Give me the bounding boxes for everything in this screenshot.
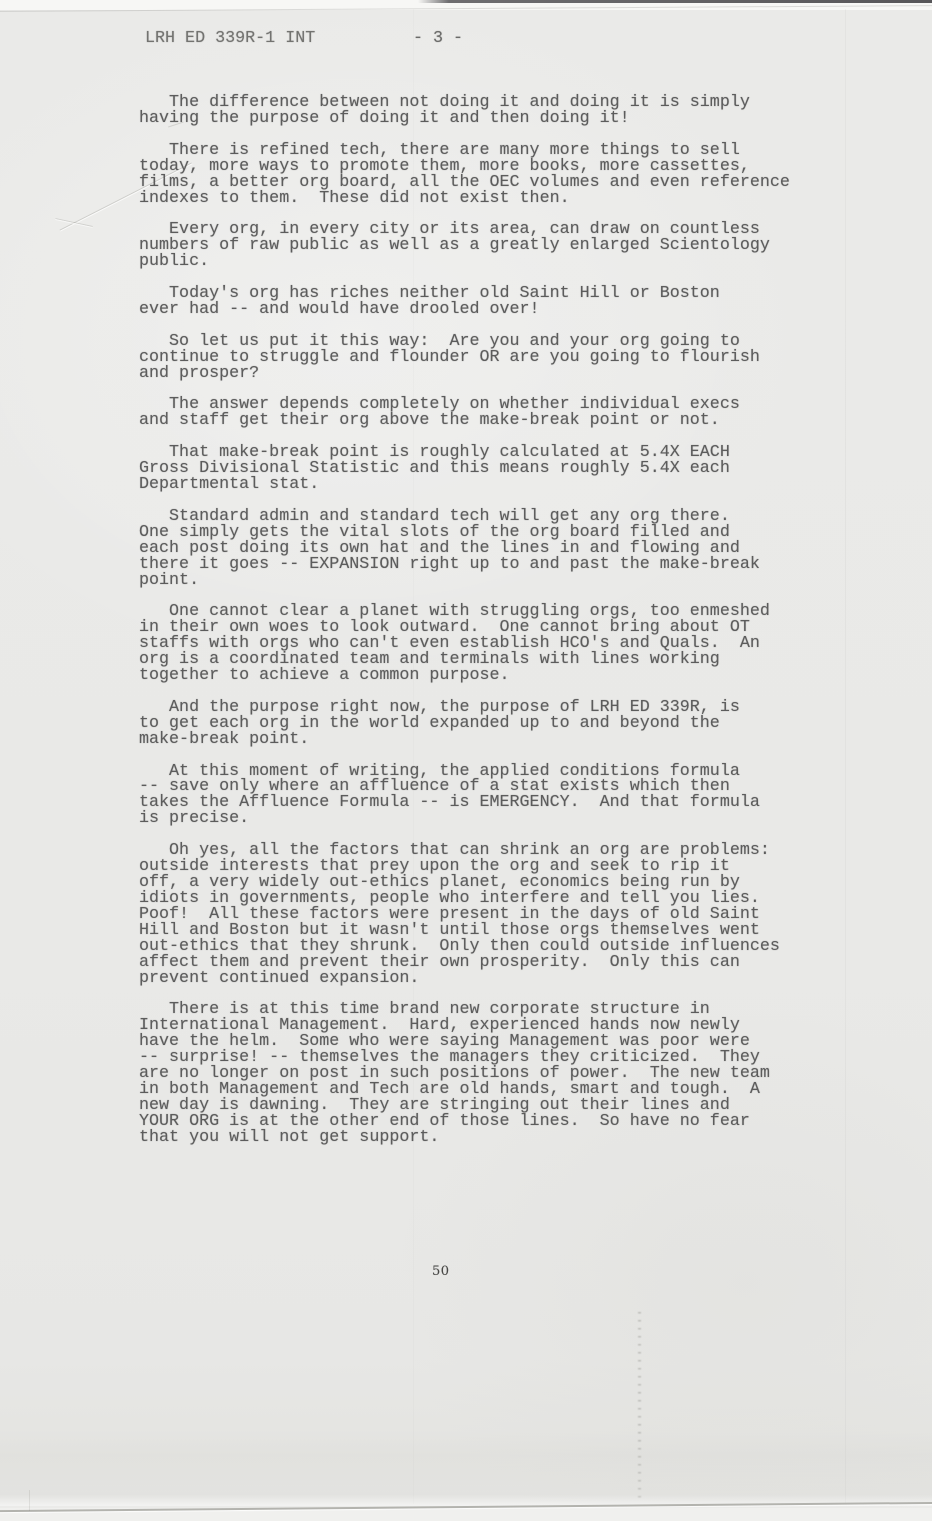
paragraph: One cannot clear a planet with strugglin…: [139, 604, 839, 684]
paragraph: At this moment of writing, the applied c…: [139, 764, 839, 828]
scanned-page: LRH ED 339R-1 INT - 3 - The difference b…: [0, 0, 932, 1521]
paragraph: The answer depends completely on whether…: [139, 397, 839, 429]
paragraph: Standard admin and standard tech will ge…: [139, 509, 839, 589]
scan-seam: [845, 9, 846, 1504]
scanner-dark-edge: [418, 0, 932, 3]
paragraph: And the purpose right now, the purpose o…: [139, 700, 839, 748]
paragraph: That make-break point is roughly calcula…: [139, 445, 839, 493]
paragraph: The difference between not doing it and …: [139, 95, 839, 127]
document-id: LRH ED 339R-1 INT: [145, 31, 315, 47]
paragraph: There is at this time brand new corporat…: [139, 1002, 839, 1145]
paragraph: So let us put it this way: Are you and y…: [139, 334, 839, 382]
paragraph: There is refined tech, there are many mo…: [139, 143, 839, 207]
document-body: The difference between not doing it and …: [139, 95, 839, 1162]
paragraph: Today's org has riches neither old Saint…: [139, 286, 839, 318]
paragraph: Every org, in every city or its area, ca…: [139, 222, 839, 270]
page-left-edge: [29, 1490, 30, 1511]
page-marker: - 3 -: [413, 31, 463, 47]
book-page-number: 50: [432, 1264, 450, 1279]
paragraph: Oh yes, all the factors that can shrink …: [139, 843, 839, 986]
page-bottom-shadow: [0, 1430, 932, 1506]
